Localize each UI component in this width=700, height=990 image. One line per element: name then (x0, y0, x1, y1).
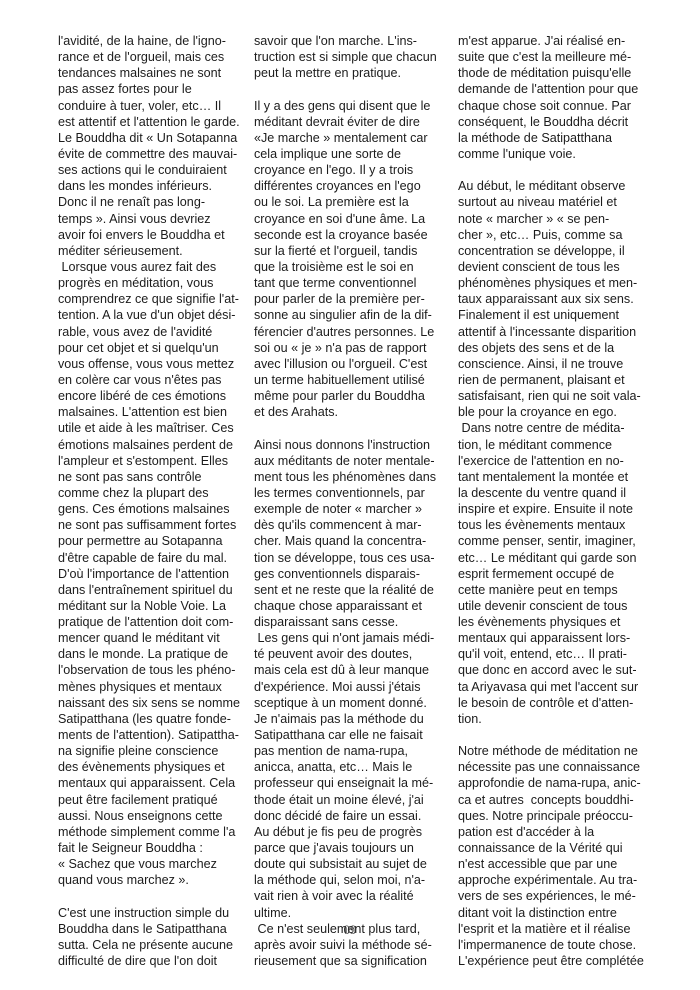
text-line: rieusement que sa signification (254, 953, 454, 969)
text-line: aux méditants de noter mentale- (254, 453, 454, 469)
text-line: Finalement il est uniquement (458, 307, 663, 323)
text-line: évite de commettre des mauvai- (58, 146, 258, 162)
text-line: soi ou « je » n'a pas de rapport (254, 340, 454, 356)
text-line: Dans notre centre de médita- (458, 420, 663, 436)
text-line: Il y a des gens qui disent que le (254, 98, 454, 114)
text-line: différentes croyances en l'ego (254, 178, 454, 194)
text-line: mentaux qui apparaissent. Cela (58, 775, 258, 791)
text-line: ques. Notre principale préoccu- (458, 808, 663, 824)
text-line: C'est une instruction simple du (58, 905, 258, 921)
text-line: ments de l'attention). Satipattha- (58, 727, 258, 743)
text-line: seconde est la croyance basée (254, 227, 454, 243)
text-line: n'est accessible que par une (458, 856, 663, 872)
text-line: malsaines. L'attention est bien (58, 404, 258, 420)
text-line: mais cela est dû à leur manque (254, 662, 454, 678)
text-line: pour parler de la première per- (254, 291, 454, 307)
text-line: rien de permanent, plaisant et (458, 372, 663, 388)
text-line: dans les mondes inférieurs. (58, 178, 258, 194)
text-line: et des Arahats. (254, 404, 454, 420)
text-line: anicca, anatta, etc… Mais le (254, 759, 454, 775)
text-line: «Je marche » mentalement car (254, 130, 454, 146)
text-line: dès qu'ils commencent à mar- (254, 517, 454, 533)
text-line: taux apparaissant aux six sens. (458, 291, 663, 307)
text-line: Notre méthode de méditation ne (458, 743, 663, 759)
text-line: pas assez fortes pour le (58, 81, 258, 97)
text-line: tion, le méditant commence (458, 437, 663, 453)
text-line: rable, vous avez de l'avidité (58, 324, 258, 340)
text-line: sutta. Cela ne présente aucune (58, 937, 258, 953)
text-line: avec l'illusion ou l'orgueil. C'est (254, 356, 454, 372)
text-line: nécessite pas une connaissance (458, 759, 663, 775)
text-line: tion se développe, tous ces usa- (254, 550, 454, 566)
text-line: connaissance de la Vérité qui (458, 840, 663, 856)
text-line: thode de méditation puisqu'elle (458, 65, 663, 81)
text-line: conscience. Ainsi, il ne trouve (458, 356, 663, 372)
text-line: la méthode de Satipatthana (458, 130, 663, 146)
text-line: les évènements physiques et (458, 614, 663, 630)
text-line: utile devenir conscient de tous (458, 598, 663, 614)
text-line: doute qui subsistait au sujet de (254, 856, 454, 872)
text-line: ment tous les phénomènes dans (254, 469, 454, 485)
text-line: difficulté de dire que l'on doit (58, 953, 258, 969)
paragraph-break (254, 81, 454, 97)
text-line: L'expérience peut être complétée (458, 953, 663, 969)
text-line: temps ». Ainsi vous devriez (58, 211, 258, 227)
text-column-left: l'avidité, de la haine, de l'igno-rance … (58, 33, 258, 969)
text-line: même pour parler du Bouddha (254, 388, 454, 404)
page-number: 09 (0, 922, 700, 938)
text-line: sent et ne reste que la réalité de (254, 582, 454, 598)
text-line: vers de ses expériences, le mé- (458, 888, 663, 904)
text-line: cette manière peut en temps (458, 582, 663, 598)
paragraph-break (458, 162, 663, 178)
text-line: Ainsi nous donnons l'instruction (254, 437, 454, 453)
text-line: d'être capable de faire du mal. (58, 550, 258, 566)
text-line: qu'il voit, entend, etc… Il prati- (458, 646, 663, 662)
text-line: dans le monde. La pratique de (58, 646, 258, 662)
text-line: encore libéré de ces émotions (58, 388, 258, 404)
text-line: rance et de l'orgueil, mais ces (58, 49, 258, 65)
text-line: est attentif et l'attention le garde. (58, 114, 258, 130)
text-line: sur la fierté et l'orgueil, tandis (254, 243, 454, 259)
text-line: peut être facilement pratiqué (58, 792, 258, 808)
text-line: Les gens qui n'ont jamais médi- (254, 630, 454, 646)
text-line: ses actions qui le conduiraient (58, 162, 258, 178)
text-line: fait le Seigneur Bouddha : (58, 840, 258, 856)
text-line: attentif à l'incessante disparition (458, 324, 663, 340)
text-line: comme chez la plupart des (58, 485, 258, 501)
text-line: thode était un moine élevé, j'ai (254, 792, 454, 808)
text-line: dans l'entraînement spirituel du (58, 582, 258, 598)
text-line: mencer quand le méditant vit (58, 630, 258, 646)
text-line: vait rien à voir avec la réalité (254, 888, 454, 904)
paragraph-break (458, 727, 663, 743)
text-line: Je n'aimais pas la méthode du (254, 711, 454, 727)
text-line: que la troisième est le soi en (254, 259, 454, 275)
text-line: Donc il ne renaît pas long- (58, 194, 258, 210)
text-line: comme l'unique voie. (458, 146, 663, 162)
text-line: l'observation de tous les phéno- (58, 662, 258, 678)
text-line: donc décidé de faire un essai. (254, 808, 454, 824)
text-line: tant mentalement la montée et (458, 469, 663, 485)
text-line: férencier d'autres personnes. Le (254, 324, 454, 340)
text-line: Le Bouddha dit « Un Sotapanna (58, 130, 258, 146)
text-line: mentaux qui apparaissent lors- (458, 630, 663, 646)
text-line: comprendrez ce que signifie l'at- (58, 291, 258, 307)
text-line: chaque chose apparaissant et (254, 598, 454, 614)
text-line: suite que c'est la meilleure mé- (458, 49, 663, 65)
text-line: quand vous marchez ». (58, 872, 258, 888)
text-line: le besoin de contrôle et d'atten- (458, 695, 663, 711)
text-line: truction est si simple que chacun (254, 49, 454, 65)
text-line: la descente du ventre quand il (458, 485, 663, 501)
text-line: croyance en l'ego. Il y a trois (254, 162, 454, 178)
text-line: comme penser, sentir, imaginer, (458, 533, 663, 549)
text-line: que donc en accord avec le sut- (458, 662, 663, 678)
text-line: sonne au singulier afin de la dif- (254, 307, 454, 323)
text-line: d'expérience. Moi aussi j'étais (254, 679, 454, 695)
paragraph-break (58, 888, 258, 904)
text-line: en colère car vous n'êtes pas (58, 372, 258, 388)
text-line: Lorsque vous aurez fait des (58, 259, 258, 275)
text-line: l'ampleur et s'estompent. Elles (58, 453, 258, 469)
text-line: tendances malsaines ne sont (58, 65, 258, 81)
text-line: ca et autres concepts bouddhi- (458, 792, 663, 808)
document-page: l'avidité, de la haine, de l'igno-rance … (0, 0, 700, 990)
text-line: les termes conventionnels, par (254, 485, 454, 501)
text-line: émotions malsaines perdent de (58, 437, 258, 453)
text-line: pour cet objet et si quelqu'un (58, 340, 258, 356)
text-line: méditant sur la Noble Voie. La (58, 598, 258, 614)
text-line: approfondie de nama-rupa, anic- (458, 775, 663, 791)
text-line: disparaissant sans cesse. (254, 614, 454, 630)
text-line: pratique de l'attention doit com- (58, 614, 258, 630)
text-column-middle: savoir que l'on marche. L'ins-truction e… (254, 33, 454, 969)
text-line: cela implique une sorte de (254, 146, 454, 162)
text-line: satisfaisant, rien qui ne soit vala- (458, 388, 663, 404)
text-line: pas mention de nama-rupa, (254, 743, 454, 759)
text-line: des objets des sens et de la (458, 340, 663, 356)
text-line: l'impermanence de toute chose. (458, 937, 663, 953)
text-line: après avoir suivi la méthode sé- (254, 937, 454, 953)
text-line: cher », etc… Puis, comme sa (458, 227, 663, 243)
text-line: ne sont pas sans contrôle (58, 469, 258, 485)
text-line: devient conscient de tous les (458, 259, 663, 275)
text-line: savoir que l'on marche. L'ins- (254, 33, 454, 49)
text-line: ou le soi. La première est la (254, 194, 454, 210)
text-line: ta Ariyavasa qui met l'accent sur (458, 679, 663, 695)
paragraph-break (254, 420, 454, 436)
text-line: pation est d'accéder à la (458, 824, 663, 840)
text-line: utile et aide à les maîtriser. Ces (58, 420, 258, 436)
text-line: concentration se développe, il (458, 243, 663, 259)
text-line: conséquent, le Bouddha décrit (458, 114, 663, 130)
text-line: peut la mettre en pratique. (254, 65, 454, 81)
text-line: ne sont pas suffisamment fortes (58, 517, 258, 533)
text-line: Au début, le méditant observe (458, 178, 663, 194)
text-line: vous offense, vous vous mettez (58, 356, 258, 372)
text-line: tention. A la vue d'un objet dési- (58, 307, 258, 323)
text-line: progrès en méditation, vous (58, 275, 258, 291)
text-line: surtout au niveau matériel et (458, 194, 663, 210)
text-line: demande de l'attention pour que (458, 81, 663, 97)
text-line: té peuvent avoir des doutes, (254, 646, 454, 662)
text-line: professeur qui enseignait la mé- (254, 775, 454, 791)
text-line: ditant voit la distinction entre (458, 905, 663, 921)
text-line: l'avidité, de la haine, de l'igno- (58, 33, 258, 49)
text-line: croyance en soi d'une âme. La (254, 211, 454, 227)
text-line: méthode simplement comme l'a (58, 824, 258, 840)
text-line: inspire et expire. Ensuite il note (458, 501, 663, 517)
text-line: gens. Ces émotions malsaines (58, 501, 258, 517)
text-line: naissant des six sens se nomme (58, 695, 258, 711)
text-line: avoir foi envers le Bouddha et (58, 227, 258, 243)
text-line: sceptique à un moment donné. (254, 695, 454, 711)
text-line: méditant devrait éviter de dire (254, 114, 454, 130)
text-line: cher. Mais quand la concentra- (254, 533, 454, 549)
text-line: un terme habituellement utilisé (254, 372, 454, 388)
text-line: des évènements physiques et (58, 759, 258, 775)
text-line: tant que terme conventionnel (254, 275, 454, 291)
text-line: parce que j'avais toujours un (254, 840, 454, 856)
text-line: aussi. Nous enseignons cette (58, 808, 258, 824)
text-line: « Sachez que vous marchez (58, 856, 258, 872)
text-line: ultime. (254, 905, 454, 921)
text-line: mènes physiques et mentaux (58, 679, 258, 695)
text-line: pour permettre au Sotapanna (58, 533, 258, 549)
text-line: la méthode qui, selon moi, n'a- (254, 872, 454, 888)
text-line: chaque chose soit connue. Par (458, 98, 663, 114)
text-line: na signifie pleine conscience (58, 743, 258, 759)
text-line: note « marcher » « se pen- (458, 211, 663, 227)
text-line: tous les évènements mentaux (458, 517, 663, 533)
text-line: esprit fermement occupé de (458, 566, 663, 582)
text-line: Au début je fis peu de progrès (254, 824, 454, 840)
text-line: ges conventionnels disparais- (254, 566, 454, 582)
text-line: méditer sérieusement. (58, 243, 258, 259)
text-line: ble pour la croyance en ego. (458, 404, 663, 420)
text-line: exemple de noter « marcher » (254, 501, 454, 517)
text-column-right: m'est apparue. J'ai réalisé en-suite que… (458, 33, 663, 969)
text-line: D'où l'importance de l'attention (58, 566, 258, 582)
text-line: conduire à tuer, voler, etc… Il (58, 98, 258, 114)
text-line: approche expérimentale. Au tra- (458, 872, 663, 888)
text-line: Satipatthana car elle ne faisait (254, 727, 454, 743)
text-line: tion. (458, 711, 663, 727)
text-line: l'exercice de l'attention en no- (458, 453, 663, 469)
text-line: m'est apparue. J'ai réalisé en- (458, 33, 663, 49)
text-line: Satipatthana (les quatre fonde- (58, 711, 258, 727)
text-line: etc… Le méditant qui garde son (458, 550, 663, 566)
text-line: phénomènes physiques et men- (458, 275, 663, 291)
